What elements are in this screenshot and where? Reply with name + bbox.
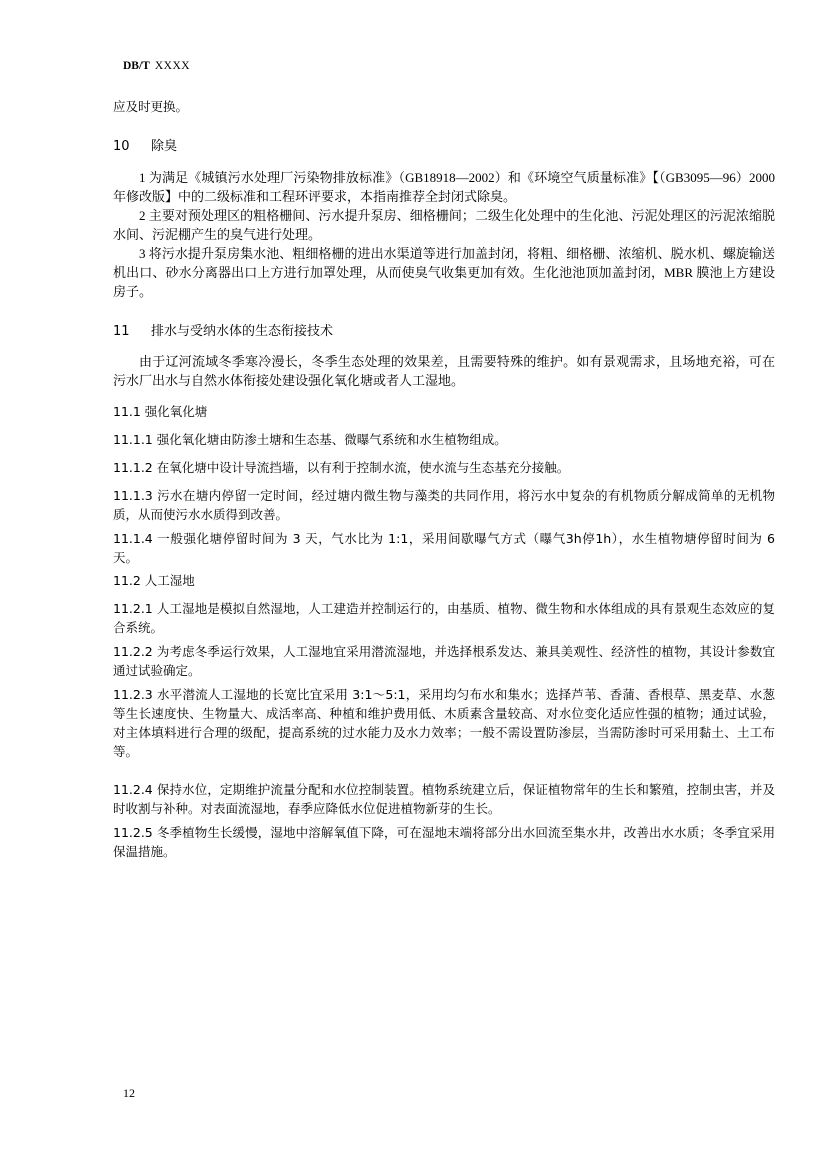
standard-prefix: DB/T: [123, 60, 150, 72]
section-title: 除臭: [151, 139, 177, 154]
clause: 11.1.2 在氧化塘中设计导流挡墙，以有利于控制水流，使水流与生态基充分接触。: [113, 458, 775, 477]
continuation-text: 应及时更换。: [113, 97, 775, 116]
paragraph: 2 主要对预处理区的粗格栅间、污水提升泵房、细格栅间；二级生化处理中的生化池、污…: [113, 206, 775, 244]
clause: 11.2.2 为考虑冬季运行效果，人工湿地宜采用潜流湿地，并选择根系发达、兼具美…: [113, 642, 775, 680]
clause: 11.1.4 一般强化塘停留时间为 3 天，气水比为 1:1，采用间歇曝气方式（…: [113, 529, 775, 567]
subsection-heading: 11.2 人工湿地: [113, 571, 775, 590]
section-number: 11: [113, 324, 151, 339]
clause: 11.1.1 强化氧化塘由防渗土塘和生态基、微曝气系统和水生植物组成。: [113, 430, 775, 449]
section-11-heading: 11排水与受纳水体的生态衔接技术: [113, 320, 775, 339]
subsection-heading: 11.1 强化氧化塘: [113, 402, 775, 421]
page-number: 12: [123, 1086, 135, 1101]
standard-code: XXXX: [155, 60, 190, 72]
clause: 11.2.5 冬季植物生长缓慢，湿地中溶解氧值下降，可在湿地末端将部分出水回流至…: [113, 823, 775, 861]
clause: 11.2.1 人工湿地是模拟自然湿地，人工建造并控制运行的，由基质、植物、微生物…: [113, 599, 775, 637]
section-number: 10: [113, 139, 151, 154]
paragraph: 3 将污水提升泵房集水池、粗细格栅的进出水渠道等进行加盖封闭，将粗、细格栅、浓缩…: [113, 244, 775, 301]
paragraph: 由于辽河流域冬季寒冷漫长，冬季生态处理的效果差，且需要特殊的维护。如有景观需求，…: [113, 352, 775, 390]
section-title: 排水与受纳水体的生态衔接技术: [151, 324, 333, 339]
clause: 11.2.4 保持水位，定期维护流量分配和水位控制装置。植物系统建立后，保证植物…: [113, 780, 775, 818]
page-header: DB/TXXXX: [123, 60, 190, 72]
document-page: DB/TXXXX 应及时更换。 10除臭 1 为满足《城镇污水处理厂污染物排放标…: [0, 0, 826, 1169]
section-10-heading: 10除臭: [113, 135, 775, 154]
paragraph: 1 为满足《城镇污水处理厂污染物排放标准》（GB18918—2002）和《环境空…: [113, 168, 775, 206]
clause: 11.1.3 污水在塘内停留一定时间，经过塘内微生物与藻类的共同作用，将污水中复…: [113, 486, 775, 524]
clause: 11.2.3 水平潜流人工湿地的长宽比宜采用 3:1～5:1，采用均匀布水和集水…: [113, 685, 775, 761]
